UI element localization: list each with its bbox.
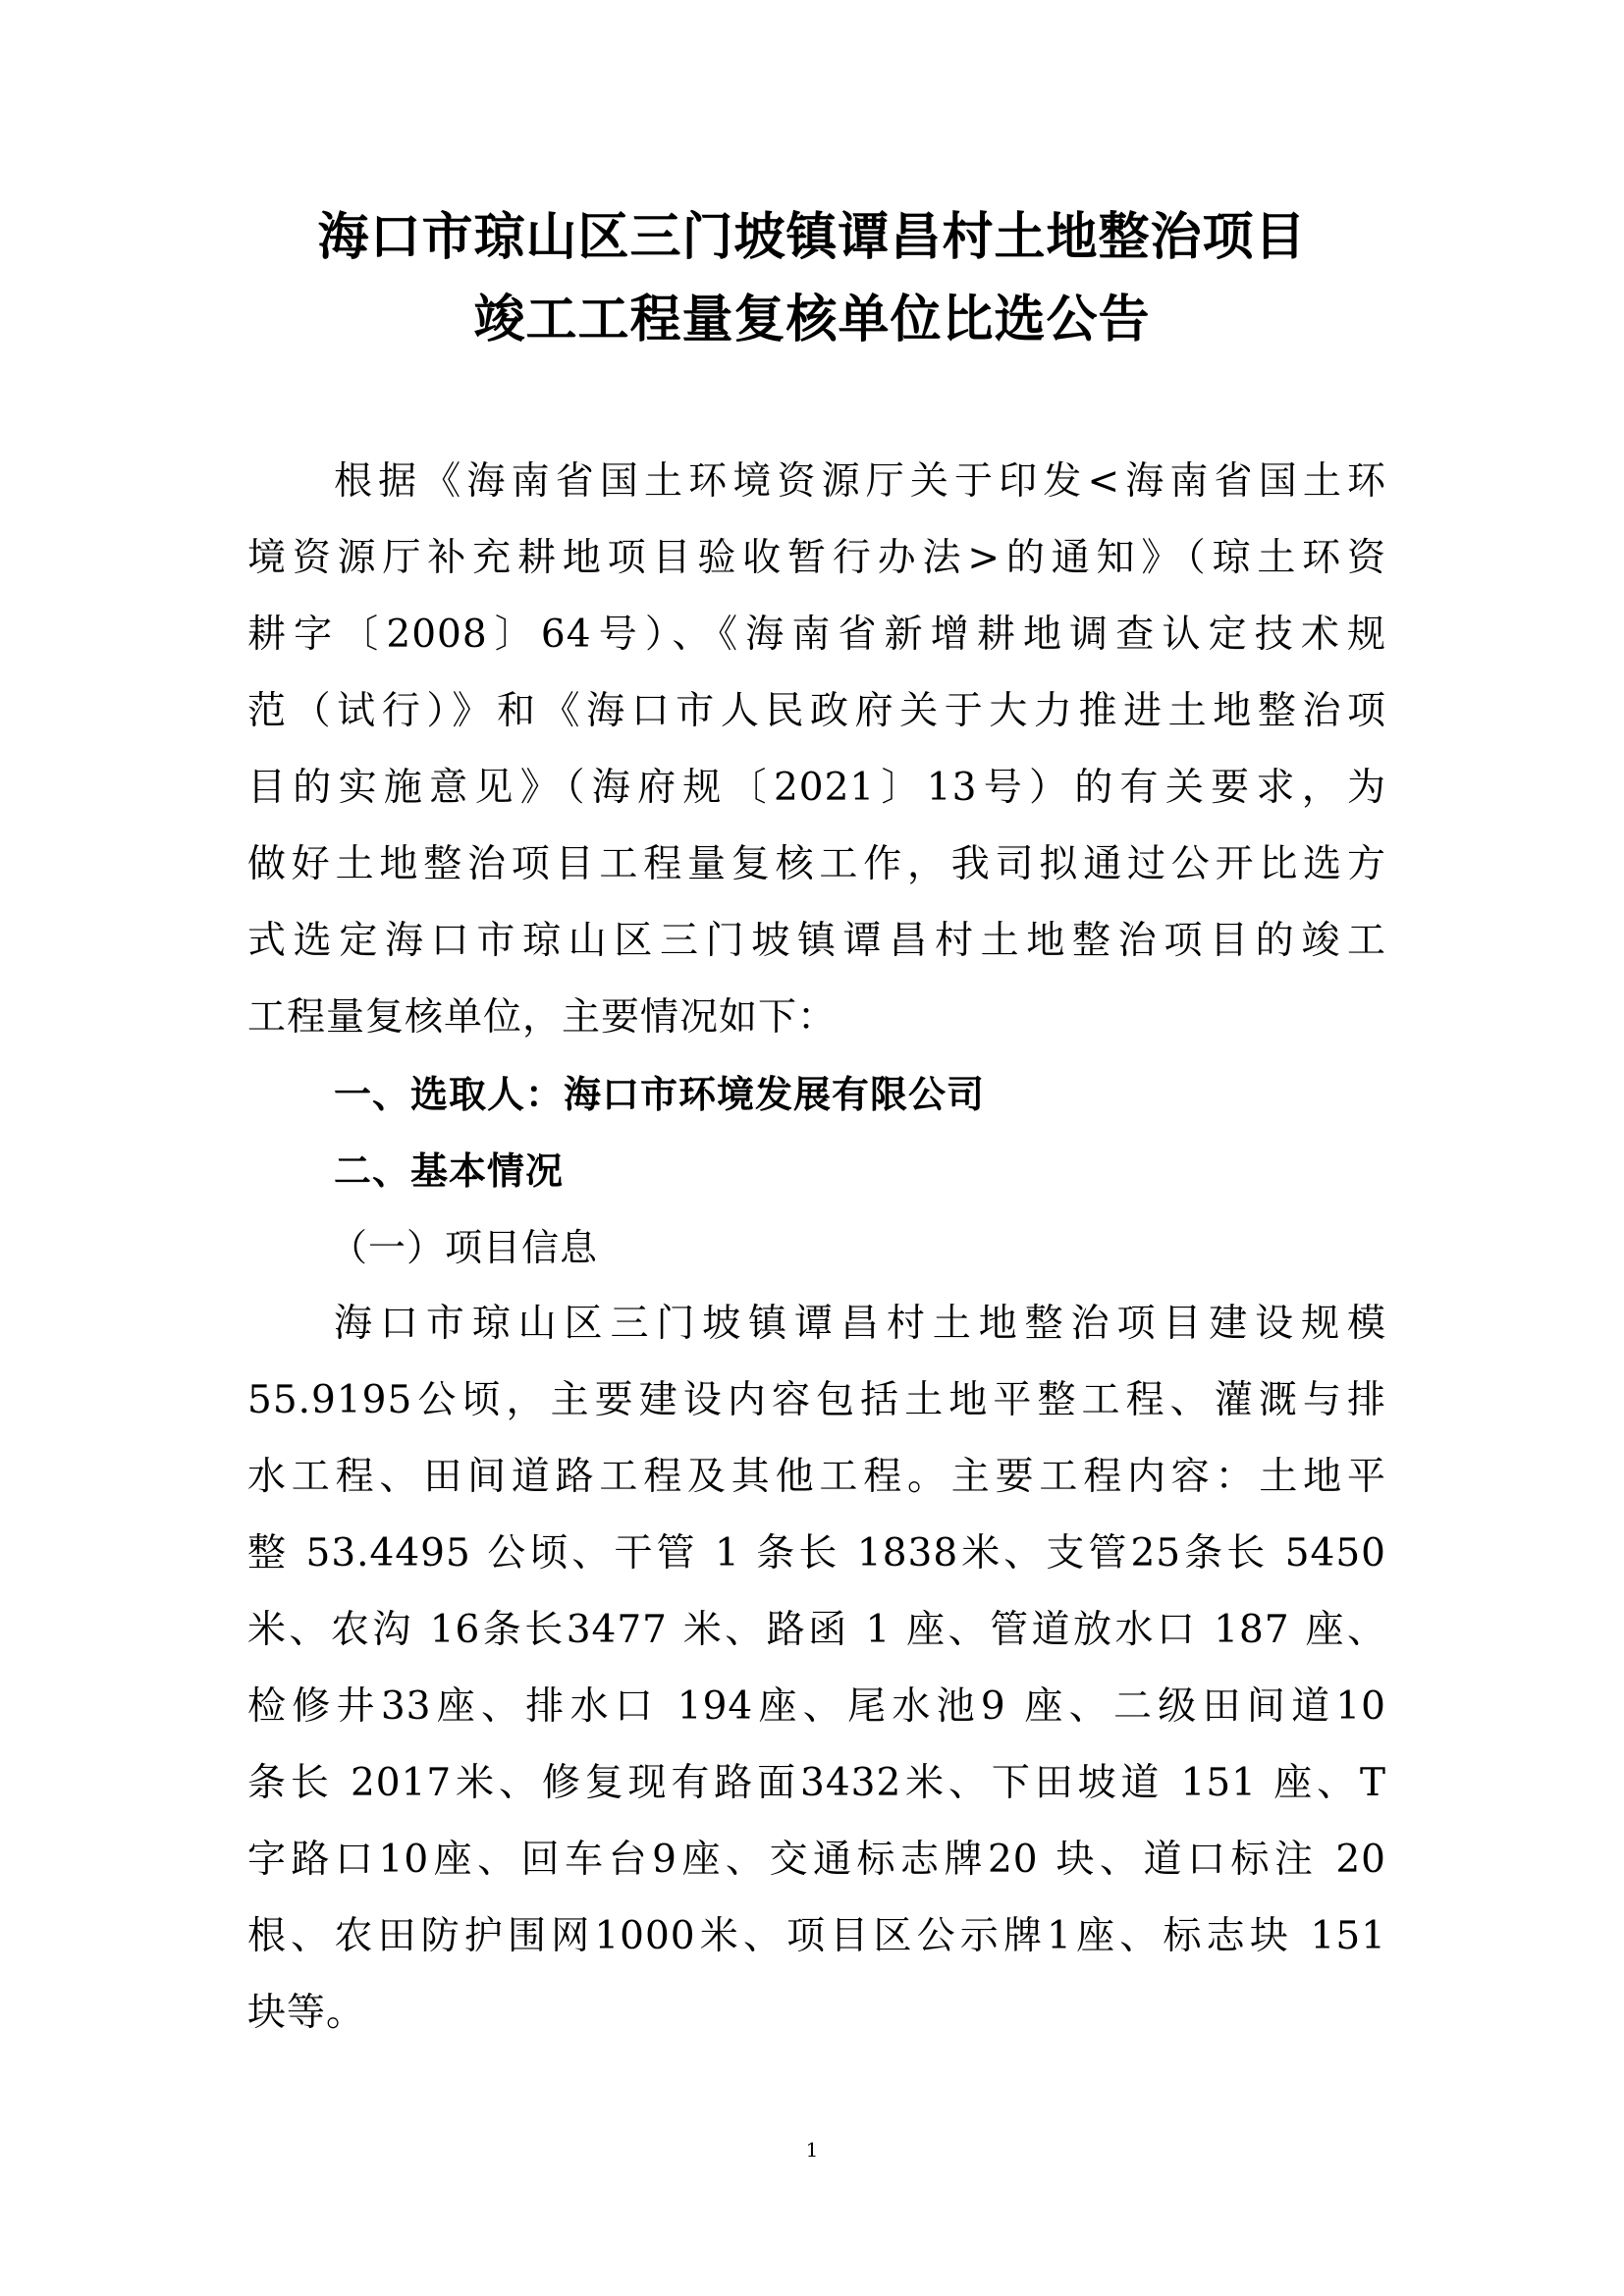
paragraph-line: 检修井33座、排水口 194座、尾水池9 座、二级田间道10 [247,1682,1386,1732]
paragraph-line: 米、农沟 16条长3477 米、路函 1 座、管道放水口 187 座、 [247,1606,1386,1655]
paragraph-line: 范（试行）》和《海口市人民政府关于大力推进土地整治项 [247,687,1386,736]
document-page: 海口市琼山区三门坡镇谭昌村土地整治项目 竣工工程量复核单位比选公告 根据《海南省… [0,0,1624,2296]
paragraph-line: 工程量复核单位，主要情况如下： [247,993,1386,1042]
paragraph-line: 字路口10座、回车台9座、交通标志牌20 块、道口标注 20 [247,1836,1386,1885]
paragraph-line: 55.9195公顷，主要建设内容包括土地平整工程、灌溉与排 [247,1376,1386,1425]
page-number: 1 [0,2138,1624,2162]
paragraph-line: 条长 2017米、修复现有路面3432米、下田坡道 151 座、T [247,1759,1386,1808]
paragraph-line: 块等。 [247,1989,1386,2038]
document-title-line-2: 竣工工程量复核单位比选公告 [0,291,1624,349]
subsection-heading-project-info: （一）项目信息 [330,1223,598,1272]
paragraph-line: 式选定海口市琼山区三门坡镇谭昌村土地整治项目的竣工 [247,917,1386,966]
paragraph-line: 做好土地整治项目工程量复核工作，我司拟通过公开比选方 [247,840,1386,889]
paragraph-line: 水工程、田间道路工程及其他工程。主要工程内容：土地平 [247,1453,1386,1502]
paragraph-line: 根据《海南省国土环境资源厅关于印发<海南省国土环 [334,457,1386,507]
paragraph-line: 整 53.4495 公顷、干管 1 条长 1838米、支管25条长 5450 [247,1529,1386,1578]
paragraph-line: 海口市琼山区三门坡镇谭昌村土地整治项目建设规模 [334,1300,1386,1349]
document-title-line-1: 海口市琼山区三门坡镇谭昌村土地整治项目 [0,208,1624,267]
paragraph-line: 境资源厅补充耕地项目验收暂行办法>的通知》（琼土环资 [247,534,1386,583]
paragraph-line: 根、农田防护围网1000米、项目区公示牌1座、标志块 151 [247,1912,1386,1961]
section-heading-basic-info: 二、基本情况 [334,1147,564,1196]
paragraph-line: 目的实施意见》（海府规〔2021〕13号）的有关要求，为 [247,764,1386,813]
paragraph-line: 耕字〔2008〕64号）、《海南省新增耕地调查认定技术规 [247,611,1386,660]
section-heading-selector: 一、选取人：海口市环境发展有限公司 [334,1070,985,1119]
